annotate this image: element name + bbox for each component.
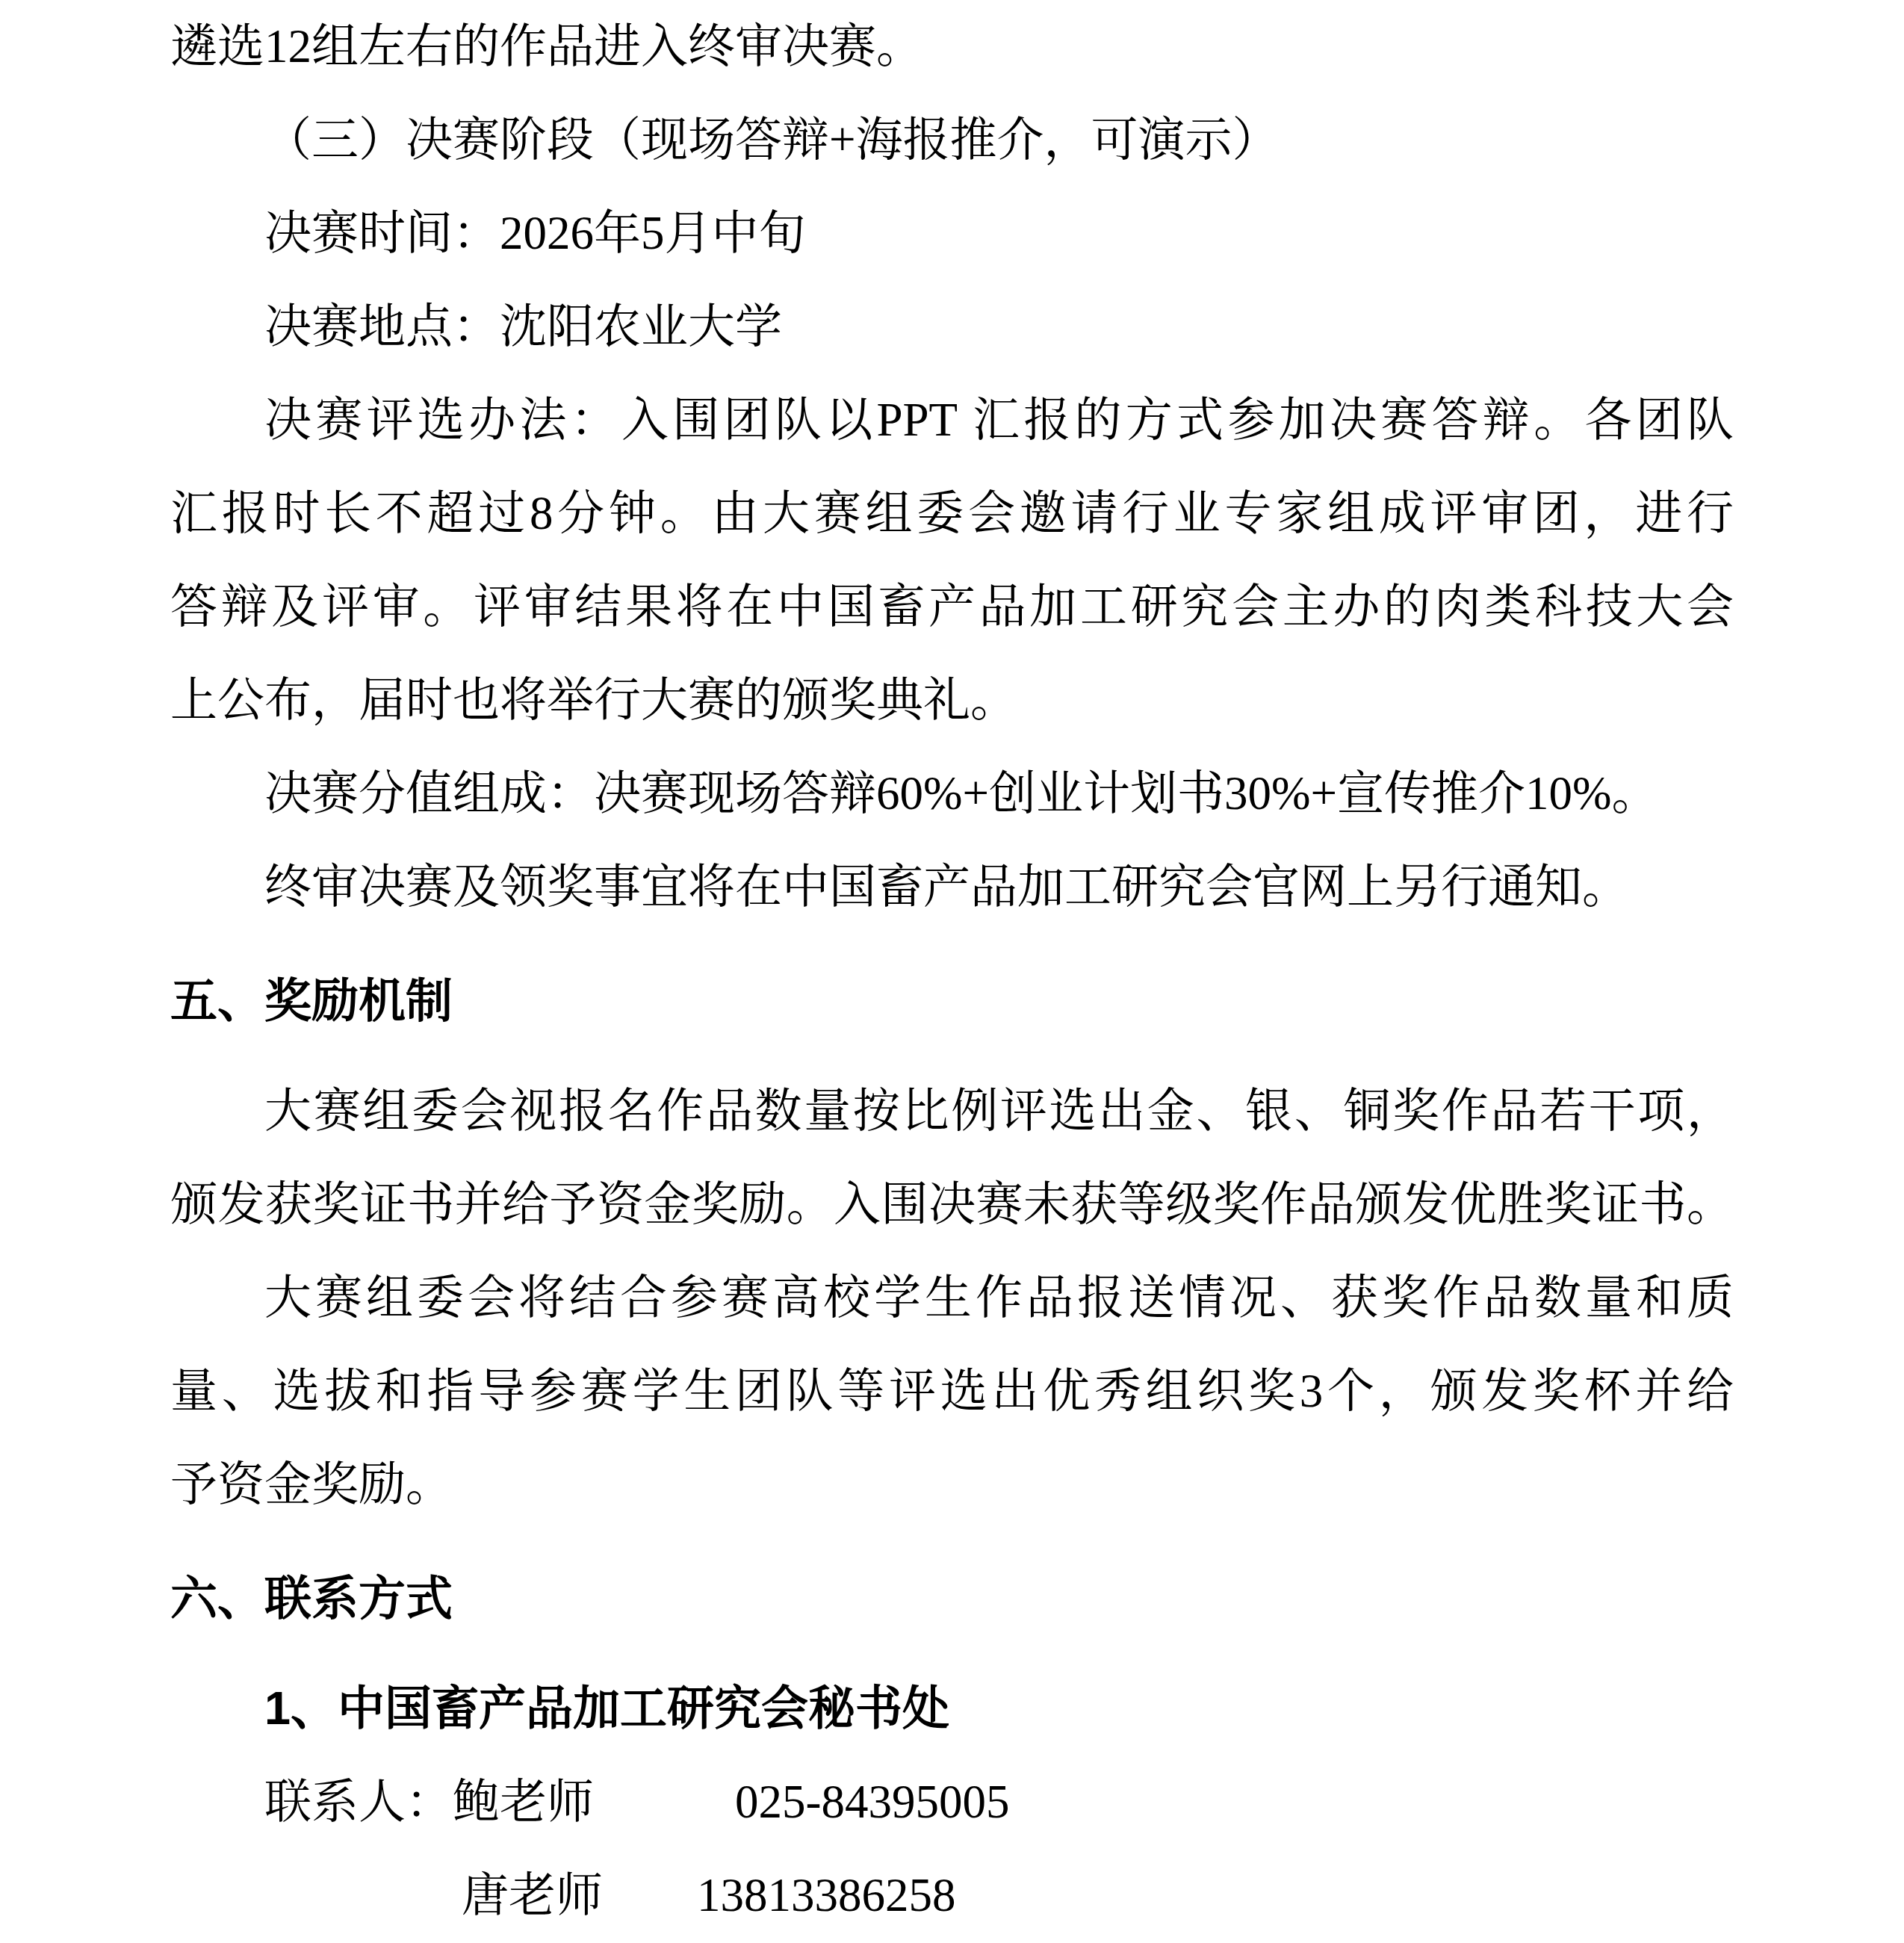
body-line-score-composition: 决赛分值组成：决赛现场答辩60%+创业计划书30%+宣传推介10%。 bbox=[170, 747, 1734, 840]
contact-line-bao: 联系人：鲍老师 025-84395005 bbox=[170, 1755, 1734, 1849]
body-line-final-notice: 终审决赛及领奖事宜将在中国畜产品加工研究会官网上另行通知。 bbox=[170, 840, 1734, 934]
body-line-org-award-2: 量、选拔和指导参赛学生团队等评选出优秀组织奖3个，颁发奖杯并给 bbox=[170, 1345, 1734, 1438]
body-line-org-award-3: 予资金奖励。 bbox=[170, 1438, 1734, 1531]
body-line-final-time: 决赛时间：2026年5月中旬 bbox=[170, 187, 1734, 280]
body-line-method-1: 决赛评选办法：入围团队以PPT 汇报的方式参加决赛答辩。各团队 bbox=[170, 374, 1734, 467]
document-page: { "page": { "background_color": "#ffffff… bbox=[0, 0, 1904, 1943]
section-heading-contact: 六、联系方式 bbox=[170, 1552, 1734, 1646]
body-line-method-4: 上公布，届时也将举行大赛的颁奖典礼。 bbox=[170, 654, 1734, 747]
subheading-secretariat: 1、中国畜产品加工研究会秘书处 bbox=[170, 1662, 1734, 1755]
contact-line-tang: 唐老师 13813386258 bbox=[170, 1849, 1734, 1942]
body-line-method-3: 答辩及评审。评审结果将在中国畜产品加工研究会主办的肉类科技大会 bbox=[170, 560, 1734, 654]
body-line-awards-1: 大赛组委会视报名作品数量按比例评选出金、银、铜奖作品若干项， bbox=[170, 1065, 1734, 1158]
section-heading-rewards: 五、奖励机制 bbox=[170, 955, 1734, 1048]
body-line-final-location: 决赛地点：沈阳农业大学 bbox=[170, 280, 1734, 374]
body-line-org-award-1: 大赛组委会将结合参赛高校学生作品报送情况、获奖作品数量和质 bbox=[170, 1251, 1734, 1345]
body-line-final-selection: 遴选12组左右的作品进入终审决赛。 bbox=[170, 0, 1734, 93]
body-line-awards-2: 颁发获奖证书并给予资金奖励。入围决赛未获等级奖作品颁发优胜奖证书。 bbox=[170, 1158, 1734, 1251]
body-line-stage-three-title: （三）决赛阶段（现场答辩+海报推介，可演示） bbox=[170, 93, 1734, 187]
body-line-method-2: 汇报时长不超过8分钟。由大赛组委会邀请行业专家组成评审团，进行 bbox=[170, 467, 1734, 560]
